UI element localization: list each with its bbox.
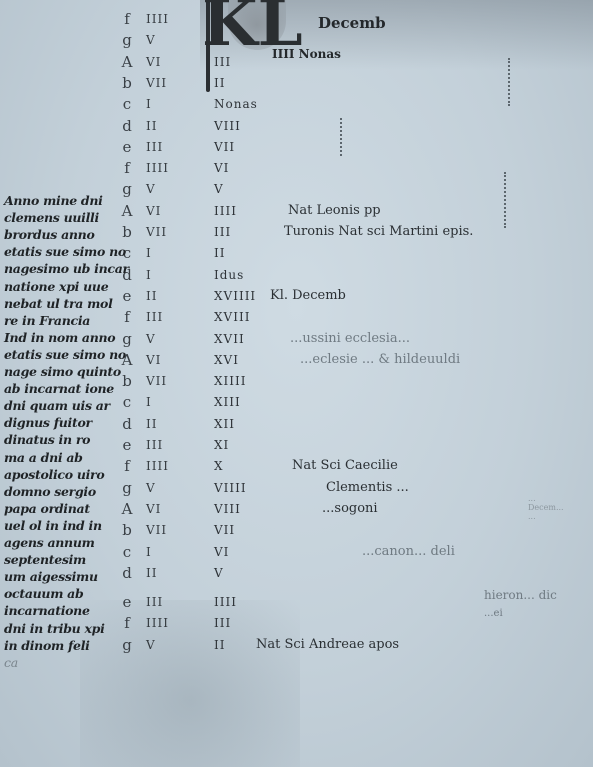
- annal-line: apostolico uiro: [4, 467, 104, 482]
- roman-date: XVIII: [214, 310, 274, 324]
- annal-line: clemens uuilli: [4, 210, 99, 225]
- roman-date: III: [214, 616, 274, 630]
- annal-line: ma a dni ab: [4, 450, 83, 465]
- dominical-letter: A: [118, 53, 136, 71]
- annal-line: dni quam uis ar: [4, 398, 110, 413]
- dominical-letter: g: [118, 180, 136, 198]
- golden-number: III: [146, 438, 186, 452]
- margin-mark: [504, 172, 514, 228]
- feast-entry: ...eclesie ... & hildeuuldi: [300, 352, 460, 367]
- golden-number: V: [146, 33, 186, 47]
- golden-number: II: [146, 119, 186, 133]
- annal-line: incarnatione: [4, 603, 90, 618]
- roman-date: IIII: [214, 204, 274, 218]
- dominical-letter: e: [118, 436, 136, 454]
- feast-entry: ...canon... deli: [362, 544, 455, 559]
- margin-mark: [340, 118, 350, 156]
- golden-number: IIII: [146, 459, 186, 473]
- dominical-letter: f: [118, 10, 136, 28]
- golden-number: II: [146, 417, 186, 431]
- roman-date: Nonas: [214, 97, 274, 111]
- annal-line: dignus fuitor: [4, 415, 92, 430]
- golden-number: II: [146, 289, 186, 303]
- golden-number: III: [146, 595, 186, 609]
- feast-entry: Nat Leonis pp: [288, 203, 381, 218]
- roman-date: XII: [214, 417, 274, 431]
- roman-date: XI: [214, 438, 274, 452]
- annal-line: etatis sue simo no: [4, 347, 126, 362]
- golden-number: III: [146, 310, 186, 324]
- roman-date: XVIIII: [214, 289, 274, 303]
- golden-number: IIII: [146, 161, 186, 175]
- golden-number: I: [146, 395, 186, 409]
- roman-date: XIII: [214, 395, 274, 409]
- feast-entry: Turonis Nat sci Martini epis.: [284, 224, 473, 239]
- annal-line: nagesimo ub incar: [4, 261, 129, 276]
- marginal-note-lower-2: ...ei: [484, 608, 503, 619]
- marginal-note-small: ... Decem... ...: [528, 494, 564, 521]
- golden-number: VI: [146, 502, 186, 516]
- roman-date: X: [214, 459, 274, 473]
- dominical-letter: f: [118, 159, 136, 177]
- golden-number: I: [146, 246, 186, 260]
- golden-number: V: [146, 182, 186, 196]
- dominical-letter: e: [118, 287, 136, 305]
- annal-line: septentesim: [4, 552, 86, 567]
- roman-date: III: [214, 225, 274, 239]
- annal-line: octauum ab: [4, 586, 83, 601]
- annal-line: ab incarnat ione: [4, 381, 114, 396]
- roman-date: XVI: [214, 353, 274, 367]
- annal-line: nebat ul tra mol: [4, 296, 113, 311]
- dominical-letter: g: [118, 479, 136, 497]
- feast-entry: ...sogoni: [322, 501, 378, 516]
- annal-line: domno sergio: [4, 484, 96, 499]
- dominical-letter: g: [118, 31, 136, 49]
- feast-entry: ...ussini ecclesia...: [290, 331, 410, 346]
- roman-date: IIII: [214, 595, 274, 609]
- roman-date: VIII: [214, 502, 274, 516]
- golden-number: V: [146, 481, 186, 495]
- annal-line: in dinom feli: [4, 638, 90, 653]
- dominical-letter: g: [118, 636, 136, 654]
- margin-mark: [508, 58, 518, 106]
- golden-number: I: [146, 545, 186, 559]
- manuscript-page: KL Decemb IIII Nonas fIIIIgVAVIIIIbVIIII…: [0, 0, 593, 767]
- dominical-letter: c: [118, 393, 136, 411]
- roman-date: II: [214, 246, 274, 260]
- roman-date: XVII: [214, 332, 274, 346]
- annal-line: um aigessimu: [4, 569, 98, 584]
- roman-date: VII: [214, 140, 274, 154]
- dominical-letter: d: [118, 564, 136, 582]
- roman-date: VIIII: [214, 481, 274, 495]
- dominical-letter: b: [118, 521, 136, 539]
- roman-date: Idus: [214, 268, 274, 282]
- annal-line: Ind in nom anno: [4, 330, 115, 345]
- roman-date: VIII: [214, 119, 274, 133]
- dominical-letter: b: [118, 74, 136, 92]
- golden-number: VII: [146, 225, 186, 239]
- feast-entry: Nat Sci Caecilie: [292, 458, 398, 473]
- roman-date: VI: [214, 161, 274, 175]
- roman-date: VII: [214, 523, 274, 537]
- dominical-letter: f: [118, 308, 136, 326]
- golden-number: V: [146, 638, 186, 652]
- golden-number: VII: [146, 374, 186, 388]
- dominical-letter: A: [118, 202, 136, 220]
- golden-number: V: [146, 332, 186, 346]
- feast-entry: Nat Sci Andreae apos: [256, 637, 399, 652]
- golden-number: II: [146, 566, 186, 580]
- dominical-letter: e: [118, 593, 136, 611]
- dominical-letter: e: [118, 138, 136, 156]
- annal-line: nage simo quinto: [4, 364, 121, 379]
- decorated-initial-kl: KL: [202, 0, 280, 60]
- roman-date: II: [214, 76, 274, 90]
- roman-date: VI: [214, 545, 274, 559]
- dominical-letter: f: [118, 457, 136, 475]
- feast-entry: Kl. Decemb: [270, 288, 346, 303]
- dominical-letter: d: [118, 415, 136, 433]
- dominical-letter: b: [118, 223, 136, 241]
- dominical-letter: c: [118, 543, 136, 561]
- dominical-letter: d: [118, 117, 136, 135]
- golden-number: I: [146, 97, 186, 111]
- annal-line: re in Francia: [4, 313, 90, 328]
- annal-line: etatis sue simo no: [4, 244, 126, 259]
- feast-entry: Clementis ...: [326, 480, 409, 495]
- dominical-letter: g: [118, 330, 136, 348]
- golden-number: VII: [146, 523, 186, 537]
- annal-line: uel ol in ind in: [4, 518, 102, 533]
- annal-line: ca: [4, 655, 18, 670]
- golden-number: IIII: [146, 616, 186, 630]
- golden-number: VI: [146, 204, 186, 218]
- annal-line: dni in tribu xpi: [4, 621, 105, 636]
- golden-number: VI: [146, 55, 186, 69]
- roman-date: XIIII: [214, 374, 274, 388]
- annal-line: papa ordinat: [4, 501, 90, 516]
- golden-number: VII: [146, 76, 186, 90]
- marginal-note-lower: hieron... dic: [484, 588, 557, 602]
- nones-heading: IIII Nonas: [272, 47, 341, 61]
- roman-date: V: [214, 182, 274, 196]
- dominical-letter: A: [118, 500, 136, 518]
- annal-line: agens annum: [4, 535, 95, 550]
- month-heading: Decemb: [318, 14, 386, 32]
- dominical-letter: f: [118, 614, 136, 632]
- golden-number: IIII: [146, 12, 186, 26]
- roman-date: V: [214, 566, 274, 580]
- golden-number: I: [146, 268, 186, 282]
- dominical-letter: c: [118, 95, 136, 113]
- annal-line: natione xpi uue: [4, 279, 108, 294]
- roman-date: III: [214, 55, 274, 69]
- annal-line: dinatus in ro: [4, 432, 90, 447]
- annal-line: Anno mine dni: [4, 193, 103, 208]
- golden-number: VI: [146, 353, 186, 367]
- annal-line: brordus anno: [4, 227, 94, 242]
- golden-number: III: [146, 140, 186, 154]
